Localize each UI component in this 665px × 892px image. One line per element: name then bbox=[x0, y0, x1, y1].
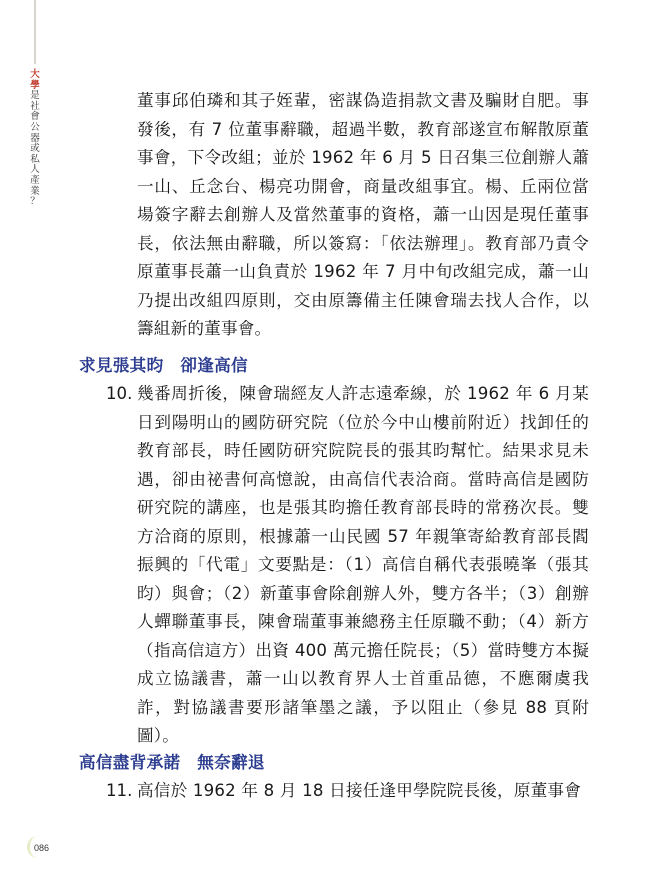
item-text: 高信於 1962 年 8 月 18 日接任逢甲學院院長後，原董事會 bbox=[137, 777, 589, 806]
item-text: 幾番周折後，陳會瑞經友人許志遠牽線，於 1962 年 6 月某日到陽明山的國防研… bbox=[137, 380, 589, 751]
list-item-10: 10. 幾番周折後，陳會瑞經友人許志遠牽線，於 1962 年 6 月某日到陽明山… bbox=[106, 380, 589, 751]
running-title-char: 產 bbox=[28, 176, 42, 187]
section-heading-11: 高信盡背承諾 無奈辭退 bbox=[79, 749, 265, 773]
item-number: 11. bbox=[106, 777, 137, 806]
page-number: 086 bbox=[34, 843, 49, 853]
running-title-vertical: 大 學 是 社 會 公 器 或 私 人 產 業 ？ bbox=[28, 70, 42, 208]
section-heading-10: 求見張其昀 卻逢高信 bbox=[79, 352, 248, 376]
running-title-char: 公 bbox=[28, 123, 42, 134]
running-title-accent-1: 大 bbox=[28, 70, 42, 81]
intro-paragraph: 董事邱伯璘和其子姪輩，密謀偽造捐款文書及騙財自肥。事發後，有 7 位董事辭職，超… bbox=[137, 87, 589, 344]
list-item-11: 11. 高信於 1962 年 8 月 18 日接任逢甲學院院長後，原董事會 bbox=[106, 777, 589, 806]
running-title-rest: 是 社 會 公 器 或 私 人 產 業 ？ bbox=[28, 91, 42, 208]
running-title-char: ？ bbox=[28, 197, 42, 208]
side-rule bbox=[34, 0, 36, 64]
item-number: 10. bbox=[106, 380, 137, 409]
